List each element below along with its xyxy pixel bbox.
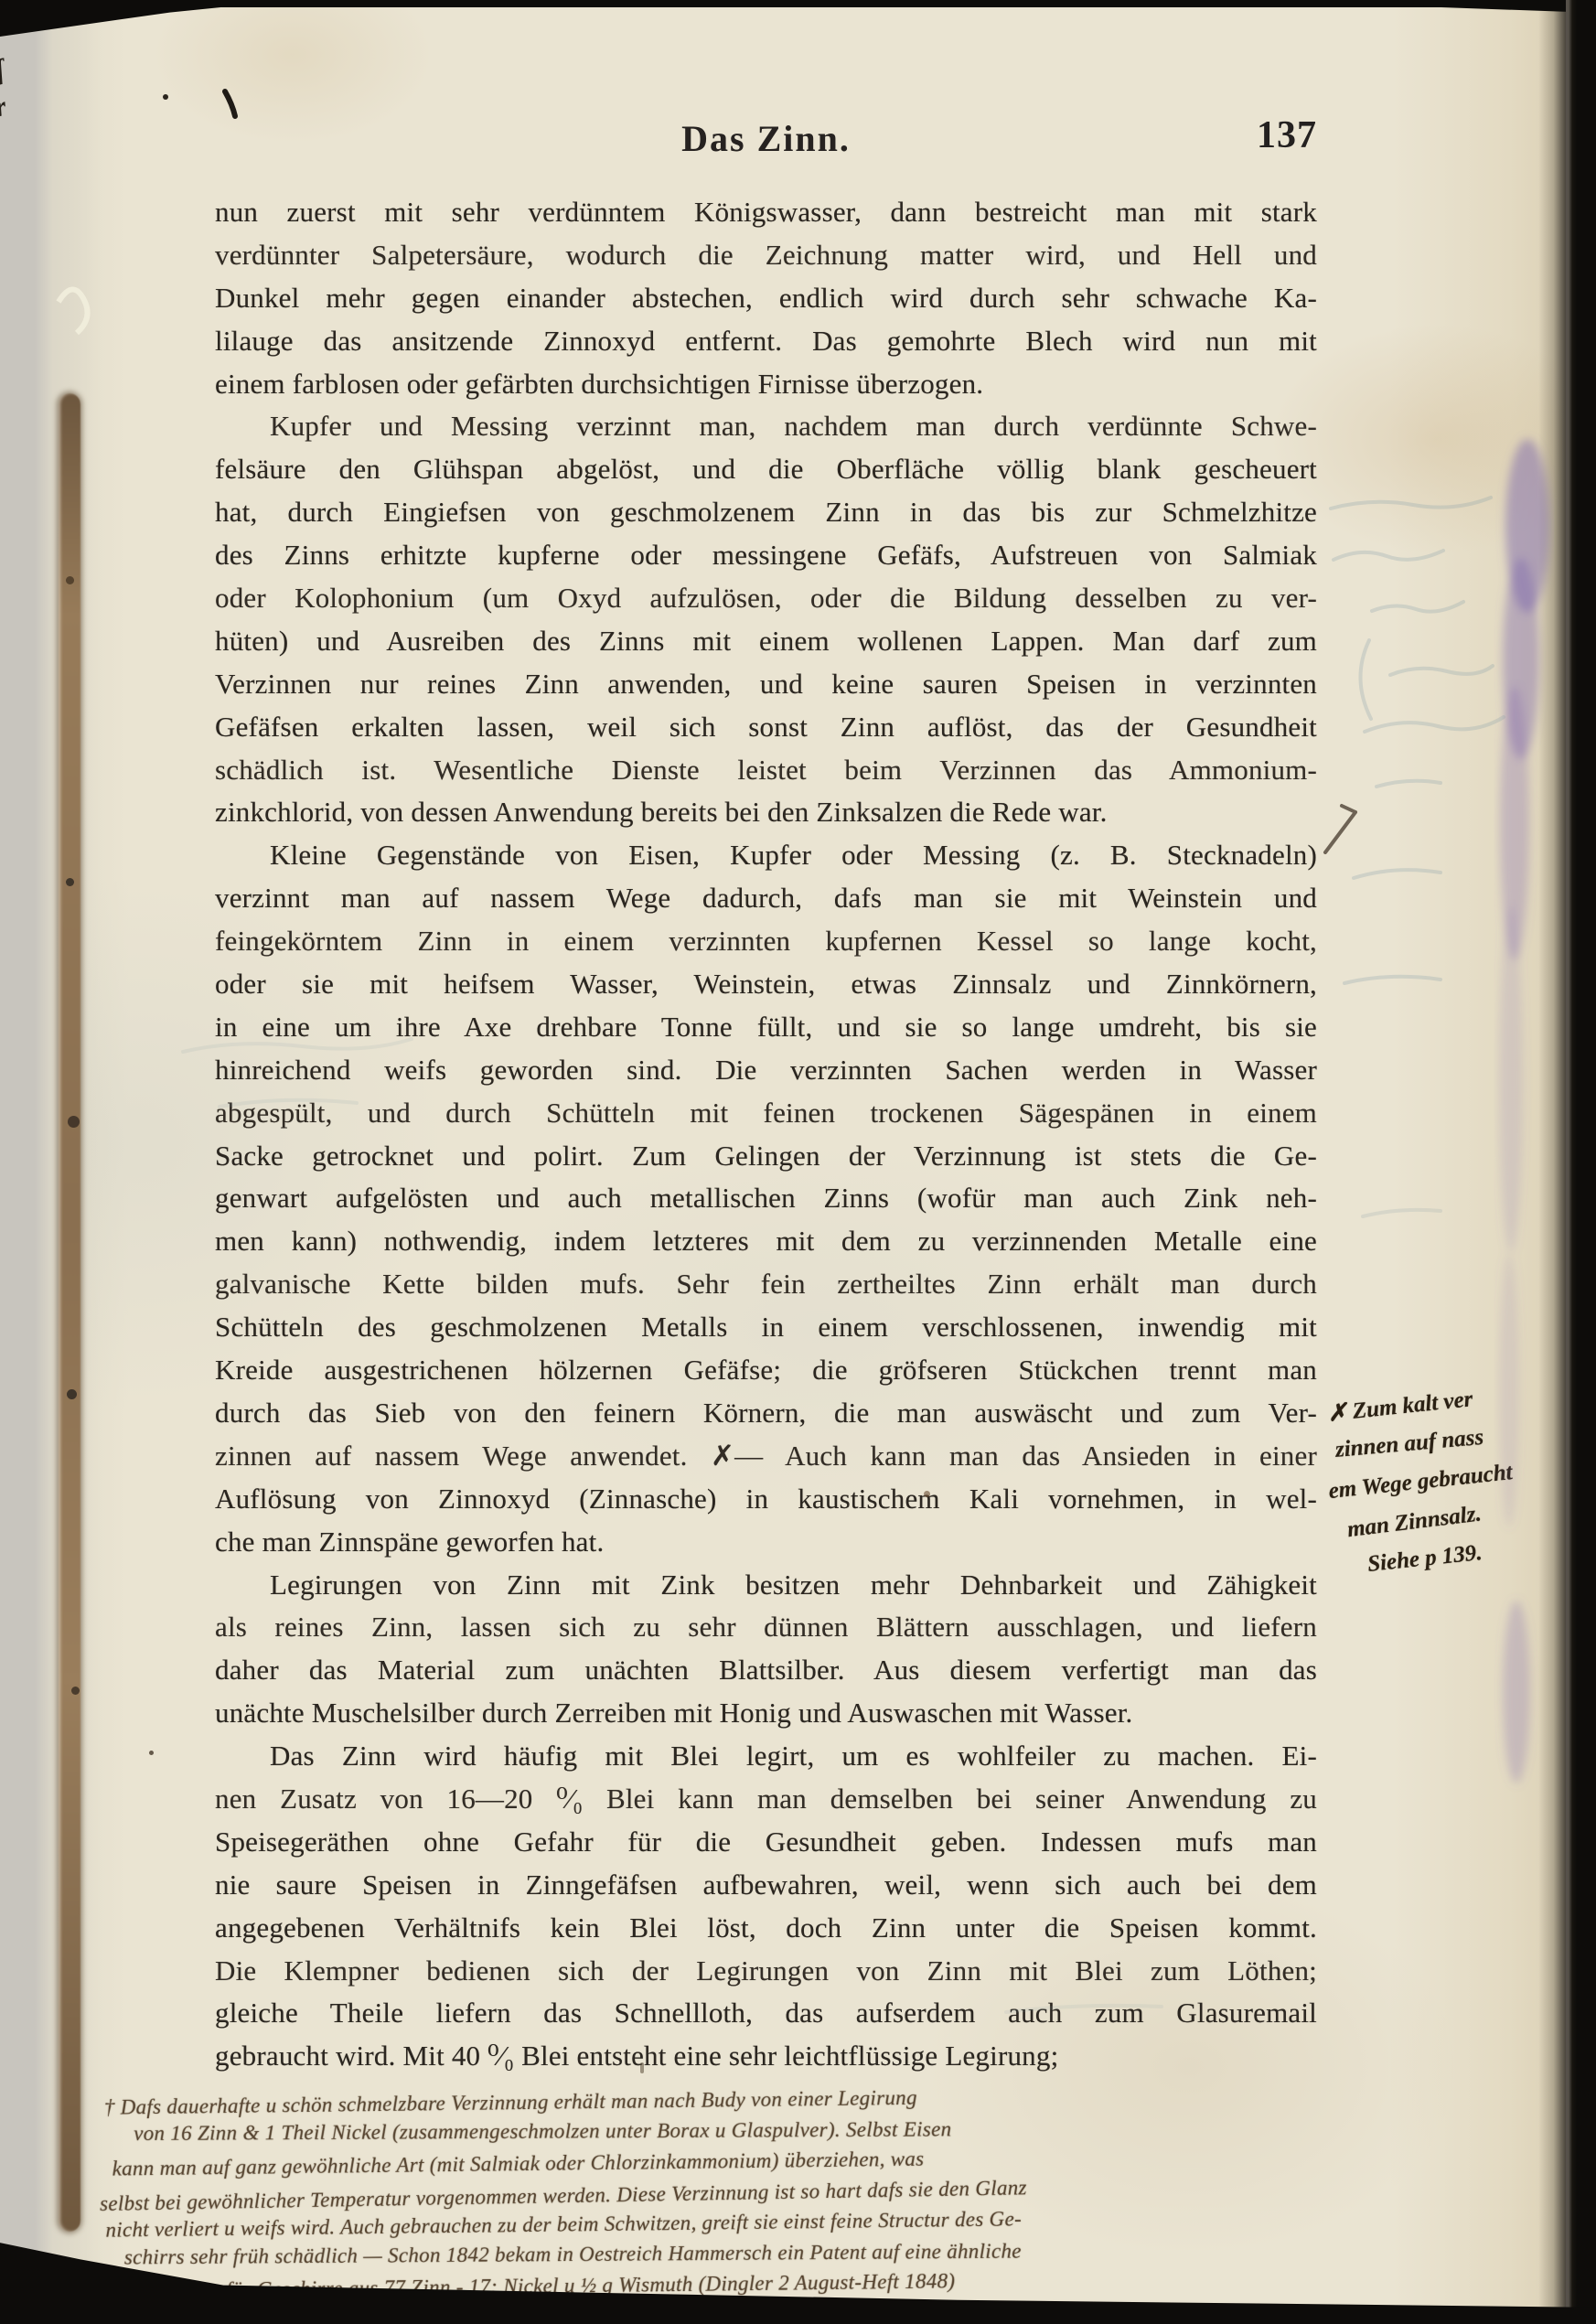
body-text-line: felsäure den Glühspan abgelöst, und die … [215, 453, 1317, 496]
bottom-note-line: kann man auf ganz gewöhnliche Art (mit S… [95, 2136, 1559, 2184]
body-text-line: zinkchlorid, von dessen Anwendung bereit… [215, 796, 1317, 839]
body-text-line: in eine um ihre Axe drehbare Tonne füllt… [215, 1011, 1317, 1054]
body-text-line: schädlich ist. Wesentliche Dienste leist… [215, 754, 1317, 797]
binding-fold [59, 393, 80, 2232]
body-text-line: oder sie mit heifsem Wasser, Weinstein, … [215, 968, 1317, 1011]
body-text-line: Speisegeräthen ohne Gefahr für die Gesun… [215, 1826, 1317, 1869]
body-text-line: Legirungen von Zinn mit Zink besitzen me… [215, 1569, 1317, 1612]
body-text-line: Schütteln des geschmolzenen Metalls in e… [215, 1311, 1317, 1354]
body-text-line: lilauge das ansitzende Zinnoxyd entfernt… [215, 325, 1317, 368]
body-text-line: hinreichend weifs geworden sind. Die ver… [215, 1054, 1317, 1097]
bottom-note-line: selbst bei gewöhnlicher Temperatur vorge… [96, 2163, 1559, 2219]
body-text-line: abgespült, und durch Schütteln mit feine… [215, 1097, 1317, 1140]
body-text-line: gebraucht wird. Mit 40 ⁰⁄₀ Blei entsteht… [215, 2040, 1317, 2083]
body-text-line: che man Zinnspäne geworfen hat. [215, 1526, 1317, 1569]
body-text-line: men kann) nothwendig, indem letzteres mi… [215, 1225, 1317, 1268]
body-text-line: daher das Material zum unächten Blattsil… [215, 1654, 1317, 1697]
body-text-line: verzinnt man auf nassem Wege dadurch, da… [215, 882, 1317, 925]
body-text-line: genwart aufgelösten und auch metallische… [215, 1182, 1317, 1225]
ink-speck [640, 2062, 644, 2073]
scanned-book-page: ſbiſmr Das Zinn. 137 nun zuerst mit sehr… [0, 0, 1596, 2324]
marginalia-topleft-fragment: ſbiſmr [0, 37, 77, 132]
body-text-line: angegebenen Verhältnifs kein Blei löst, … [215, 1912, 1317, 1955]
body-text-line: galvanische Kette bilden mufs. Sehr fein… [215, 1268, 1317, 1311]
body-text-line: feingekörntem Zinn in einem verzinnten k… [215, 925, 1317, 968]
body-text-line: Kupfer und Messing verzinnt man, nachdem… [215, 410, 1317, 453]
top-left-fragment-line: ſbiſ [0, 37, 68, 96]
ink-speck [924, 1491, 930, 1497]
body-text-line: Verzinnen nur reines Zinn anwenden, und … [215, 668, 1317, 711]
page-paper: ſbiſmr Das Zinn. 137 nun zuerst mit sehr… [0, 0, 1566, 2324]
body-text-line: Die Klempner bedienen sich der Legirunge… [215, 1955, 1317, 1997]
bottom-note-line: von 16 Zinn & 1 Theil Nickel (zusammenge… [95, 2110, 1559, 2148]
fold-ink-dots [66, 878, 74, 886]
ink-speck [163, 94, 168, 100]
top-left-fragment-line: mr [0, 72, 77, 132]
body-text-line: durch das Sieb von den feinern Körnern, … [215, 1397, 1317, 1440]
body-text-line: Dunkel mehr gegen einander abstechen, en… [215, 282, 1317, 325]
body-text-line: Kreide ausgestrichenen hölzernen Gefäfse… [215, 1354, 1317, 1397]
body-text-line: verdünnter Salpetersäure, wodurch die Ze… [215, 239, 1317, 282]
body-text-line: einem farblosen oder gefärbten durchsich… [215, 368, 1317, 411]
handwritten-bottom-note: † Dafs dauerhafte u schön schmelzbare Ve… [95, 2074, 1561, 2307]
body-text-line: Sacke getrocknet und polirt. Zum Gelinge… [215, 1140, 1317, 1183]
body-text-line: Das Zinn wird häufig mit Blei legirt, um… [215, 1740, 1317, 1783]
body-text-line: zinnen auf nassem Wege anwendet. ✗— Auch… [215, 1440, 1317, 1483]
body-text-line: gleiche Theile liefern das Schnellloth, … [215, 1997, 1317, 2040]
ink-speck [149, 1751, 154, 1755]
body-text-line: Gefäfsen erkalten lassen, weil sich sons… [215, 711, 1317, 754]
body-text-line: nie saure Speisen in Zinngefäfsen aufbew… [215, 1869, 1317, 1912]
body-text-line: nun zuerst mit sehr verdünntem Königswas… [215, 196, 1317, 239]
page-right-edge-shadow [1538, 0, 1566, 2324]
body-text-line: Auflösung von Zinnoxyd (Zinnasche) in ka… [215, 1483, 1317, 1526]
body-text-line: als reines Zinn, lassen sich zu sehr dün… [215, 1611, 1317, 1654]
body-text-line: oder Kolophonium (um Oxyd aufzulösen, od… [215, 582, 1317, 625]
page-number: 137 [1130, 113, 1317, 157]
margin-note-line: ✗ Zum kalt ver [1319, 1370, 1569, 1434]
body-text-line: nen Zusatz von 16—20 ⁰⁄₀ Blei kann man d… [215, 1783, 1317, 1826]
scan-edge-right [1566, 0, 1596, 2324]
body-text-line: hat, durch Eingiefsen von geschmolzenem … [215, 496, 1317, 539]
bottom-note-line: schirrs sehr früh schädlich — Schon 1842… [97, 2232, 1560, 2273]
margin-note-line: zinnen auf nass [1323, 1411, 1572, 1471]
body-text-line: hüten) und Ausreiben des Zinns mit einem… [215, 625, 1317, 668]
bottom-note-line: nicht verliert u weifs wird. Auch gebrau… [96, 2197, 1559, 2245]
body-text: nun zuerst mit sehr verdünntem Königswas… [215, 196, 1317, 2083]
body-text-line: Kleine Gegenstände von Eisen, Kupfer ode… [215, 839, 1317, 882]
body-text-line: unächte Muschelsilber durch Zerreiben mi… [215, 1697, 1317, 1740]
page-gutter [0, 0, 110, 2324]
body-text-line: des Zinns erhitzte kupferne oder messing… [215, 539, 1317, 582]
